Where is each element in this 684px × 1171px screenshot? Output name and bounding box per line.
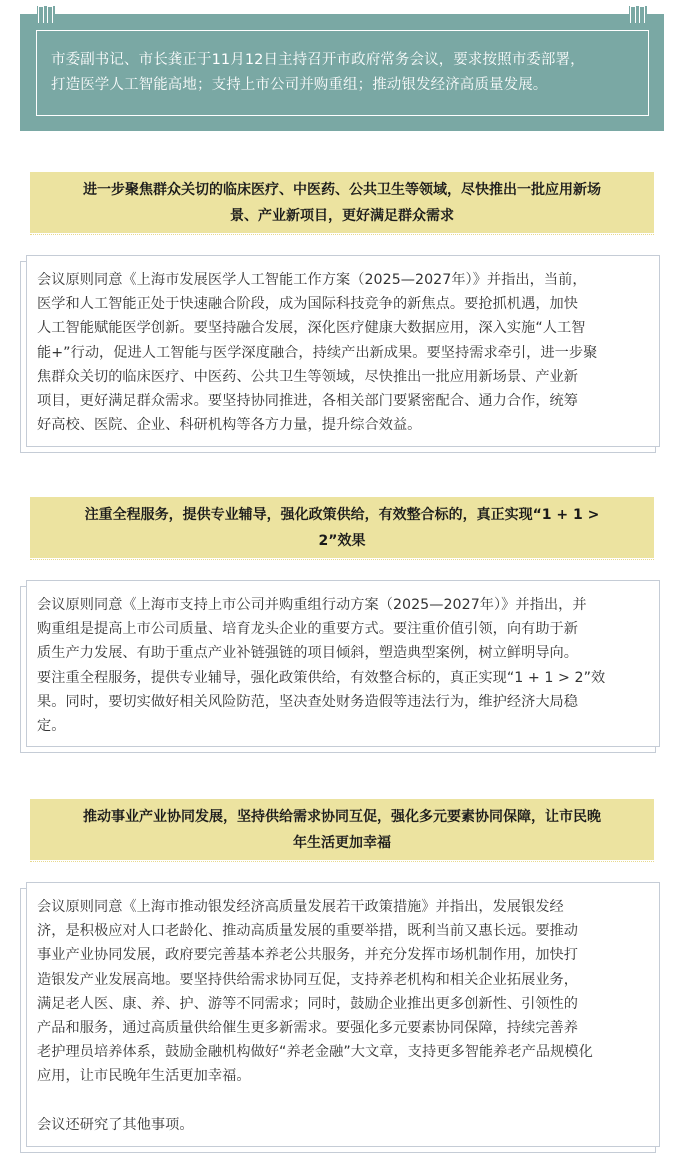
body-line: 老护理员培养体系，鼓励金融机构做好“养老金融”大文章，支持更多智能养老产品规模化: [37, 1040, 649, 1064]
body-line: 造银发产业发展高地。要坚持供给需求协同互促，支持养老机构和相关企业拓展业务，: [37, 968, 649, 992]
body-line: 项目，更好满足群众需求。要坚持协同推进，各相关部门要紧密配合、通力合作，统筹: [37, 389, 649, 413]
body-line: 要注重全程服务，提供专业辅导，强化政策供给，有效整合标的，真正实现“1 + 1 …: [37, 666, 649, 690]
lead-summary-box: 市委副书记、市长龚正于11月12日主持召开市政府常务会议，要求按照市委部署， 打…: [20, 14, 664, 131]
body-text: 会议原则同意《上海市支持上市公司并购重组行动方案（2025—2027年）》并指出…: [37, 593, 649, 738]
heading-line: 景、产业新项目，更好满足群众需求: [44, 203, 640, 229]
heading-line: 年生活更加幸福: [44, 830, 640, 856]
lead-inner-frame: 市委副书记、市长龚正于11月12日主持召开市政府常务会议，要求按照市委部署， 打…: [36, 30, 649, 116]
paragraph-gap: [37, 1089, 649, 1113]
section-heading-medical-ai: 进一步聚焦群众关切的临床医疗、中医药、公共卫生等领域，尽快推出一批应用新场 景、…: [30, 172, 654, 233]
dotted-divider: [30, 861, 654, 862]
heading-line: 2”效果: [44, 528, 640, 554]
lead-line: 打造医学人工智能高地；支持上市公司并购重组；推动银发经济高质量发展。: [51, 73, 641, 98]
body-line: 焦群众关切的临床医疗、中医药、公共卫生等领域，尽快推出一批应用新场景、产业新: [37, 365, 649, 389]
section-heading-mergers: 注重全程服务，提供专业辅导，强化政策供给，有效整合标的，真正实现“1 + 1 >…: [30, 497, 654, 558]
double-bar-icon: [37, 6, 55, 23]
lead-line: 市委副书记、市长龚正于11月12日主持召开市政府常务会议，要求按照市委部署，: [51, 48, 641, 73]
body-line: 质生产力发展、有助于重点产业补链强链的项目倾斜，塑造典型案例，树立鲜明导向。: [37, 641, 649, 665]
double-bar-icon: [629, 6, 647, 23]
body-line: 事业产业协同发展，政府要完善基本养老公共服务，并充分发挥市场机制作用，加快打: [37, 943, 649, 967]
section-heading-silver-economy: 推动事业产业协同发展，坚持供给需求协同互促，强化多元要素协同保障，让市民晚 年生…: [30, 799, 654, 860]
body-line: 好高校、医院、企业、科研机构等各方力量，提升综合效益。: [37, 413, 649, 437]
body-line: 满足老人医、康、养、护、游等不同需求；同时，鼓励企业推出更多创新性、引领性的: [37, 992, 649, 1016]
section-body-medical-ai: 会议原则同意《上海市发展医学人工智能工作方案（2025—2027年）》并指出，当…: [26, 255, 660, 447]
body-line: 会议原则同意《上海市发展医学人工智能工作方案（2025—2027年）》并指出，当…: [37, 268, 649, 292]
body-line: 定。: [37, 714, 649, 738]
body-line: 应用，让市民晚年生活更加幸福。: [37, 1064, 649, 1088]
section-body-mergers: 会议原则同意《上海市支持上市公司并购重组行动方案（2025—2027年）》并指出…: [26, 580, 660, 747]
body-line: 会议原则同意《上海市推动银发经济高质量发展若干政策措施》并指出，发展银发经: [37, 895, 649, 919]
body-line: 会议原则同意《上海市支持上市公司并购重组行动方案（2025—2027年）》并指出…: [37, 593, 649, 617]
heading-line: 推动事业产业协同发展，坚持供给需求协同互促，强化多元要素协同保障，让市民晚: [44, 804, 640, 830]
body-line: 能+”行动，促进人工智能与医学深度融合，持续产出新成果。要坚持需求牵引，进一步聚: [37, 341, 649, 365]
closing-line: 会议还研究了其他事项。: [37, 1113, 649, 1137]
body-text: 会议原则同意《上海市发展医学人工智能工作方案（2025—2027年）》并指出，当…: [37, 268, 649, 437]
article-page: 市委副书记、市长龚正于11月12日主持召开市政府常务会议，要求按照市委部署， 打…: [0, 0, 684, 1171]
body-text: 会议原则同意《上海市推动银发经济高质量发展若干政策措施》并指出，发展银发经 济，…: [37, 895, 649, 1137]
body-line: 人工智能赋能医学创新。要坚持融合发展，深化医疗健康大数据应用，深入实施“人工智: [37, 316, 649, 340]
dotted-divider: [30, 559, 654, 560]
section-body-silver-economy: 会议原则同意《上海市推动银发经济高质量发展若干政策措施》并指出，发展银发经 济，…: [26, 882, 660, 1147]
heading-line: 注重全程服务，提供专业辅导，强化政策供给，有效整合标的，真正实现“1 + 1 >: [44, 502, 640, 528]
dotted-divider: [30, 234, 654, 235]
heading-line: 进一步聚焦群众关切的临床医疗、中医药、公共卫生等领域，尽快推出一批应用新场: [44, 177, 640, 203]
body-line: 济，是积极应对人口老龄化、推动高质量发展的重要举措，既利当前又惠长远。要推动: [37, 919, 649, 943]
body-line: 购重组是提高上市公司质量、培育龙头企业的重要方式。要注重价值引领，向有助于新: [37, 617, 649, 641]
body-line: 医学和人工智能正处于快速融合阶段，成为国际科技竞争的新焦点。要抢抓机遇，加快: [37, 292, 649, 316]
body-line: 果。同时，要切实做好相关风险防范，坚决查处财务造假等违法行为，维护经济大局稳: [37, 690, 649, 714]
body-line: 产品和服务，通过高质量供给催生更多新需求。要强化多元要素协同保障，持续完善养: [37, 1016, 649, 1040]
lead-summary-text: 市委副书记、市长龚正于11月12日主持召开市政府常务会议，要求按照市委部署， 打…: [51, 48, 641, 98]
